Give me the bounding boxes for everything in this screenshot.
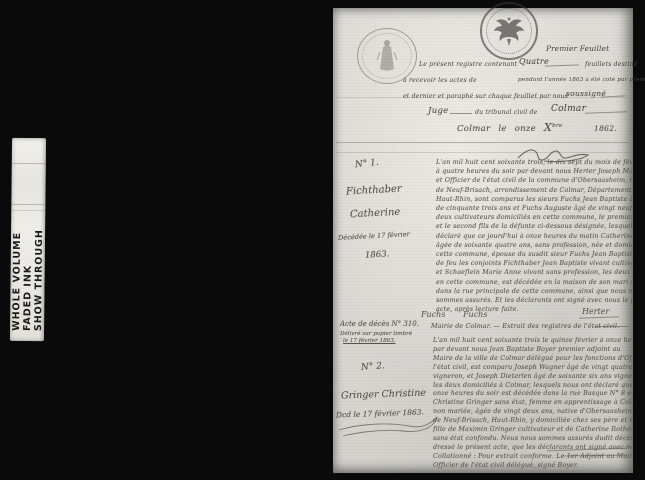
microfilm-scan: WHOLE VOLUME FADED INK SHOW THROUGH Prem… bbox=[0, 0, 645, 480]
act2-margin-note2: le 17 février 1863. bbox=[343, 338, 396, 344]
act1-margin-death-note: Décédée le 17 février bbox=[338, 230, 410, 242]
ink-flourish bbox=[585, 111, 627, 113]
printed-line: Le présent registre contenant bbox=[419, 61, 517, 68]
handwritten-line: onze heures du soir est décédée dans la … bbox=[433, 390, 632, 399]
date-place: Colmar bbox=[457, 124, 490, 134]
act1-margin-number: N° 1. bbox=[355, 158, 380, 170]
handwritten-year: 1862. bbox=[594, 124, 617, 133]
handwritten-line: sans état confondu. Nous nous sommes ass… bbox=[433, 435, 632, 444]
handwritten-line: deux cultivateurs domiciliés en cette co… bbox=[436, 213, 632, 222]
act2-margin-name: Gringer Christine bbox=[341, 388, 426, 402]
handwritten-line: par devant nous Jean Baptiste Boyer prem… bbox=[433, 346, 632, 355]
ledger-rule bbox=[336, 142, 629, 143]
handwritten-line: dans la rue principale de cette commune,… bbox=[436, 287, 632, 296]
republique-seal-icon bbox=[357, 28, 417, 84]
act2-margin-ref: Acte de décès N° 310. bbox=[340, 320, 419, 328]
act1-margin-given-name: Catherine bbox=[350, 207, 401, 221]
act1-body-text: L'an mil huit cent soixante trois, le di… bbox=[436, 158, 632, 316]
eagle-stamp-icon bbox=[480, 2, 538, 60]
extract-heading: Mairie de Colmar. — Extrait des registre… bbox=[431, 322, 619, 331]
act2-margin-note1: Délivré sur papier timbré bbox=[340, 331, 412, 337]
ledger-rule bbox=[336, 97, 629, 98]
tape-crease bbox=[11, 210, 45, 211]
handwritten-line: Maire de la ville de Colmar délégué pour… bbox=[433, 355, 632, 364]
handwritten-line: Haut-Rhin, sont comparus les sieurs Fuch… bbox=[436, 195, 632, 204]
handwritten-line: L'an mil huit cent soixante trois le qui… bbox=[433, 337, 632, 346]
ink-flourish bbox=[450, 113, 472, 114]
handwritten-line: à quatre heures du soir par devant nous … bbox=[436, 167, 632, 176]
tape-line: SHOW THROUGH bbox=[33, 225, 45, 331]
handwritten-line: l'état civil, est comparu Joseph Wagner … bbox=[433, 364, 632, 373]
printed-line: à recevoir les actes de bbox=[403, 77, 477, 84]
handwritten-line: et Schaeflein Marie Anne vivant sans pro… bbox=[436, 268, 632, 277]
date-month: X bbox=[544, 121, 552, 134]
handwritten-line: sommes assurés. Et les déclarants ont si… bbox=[436, 296, 632, 305]
date-words: le onze bbox=[498, 124, 536, 134]
handwritten-line: L'an mil huit cent soixante trois, le di… bbox=[436, 158, 632, 167]
handwritten-colmar: Colmar bbox=[551, 104, 586, 114]
handwritten-juge: Juge bbox=[428, 106, 449, 116]
tape-crease bbox=[12, 163, 46, 164]
ink-flourish bbox=[595, 326, 629, 327]
date-month-sup: bre bbox=[552, 123, 562, 129]
ink-flourish bbox=[579, 316, 619, 318]
act1-signature: Fuchs bbox=[463, 310, 487, 319]
handwritten-line: et le second fils de la défunte ci-desso… bbox=[436, 222, 632, 231]
handwritten-line: et Officier de l'état civil de la commun… bbox=[436, 176, 632, 185]
act2-margin-number: N° 2. bbox=[361, 361, 385, 373]
handwritten-line: déclaré que ce jourd'hui à onze heures d… bbox=[436, 232, 632, 241]
handwritten-line: âgée de soixante quatre ans, sans profes… bbox=[436, 241, 632, 250]
handwritten-line: de Neuf-Brisach, arrondissement de Colma… bbox=[436, 186, 632, 195]
printed-line: du tribunal civil de bbox=[475, 109, 537, 116]
handwritten-line: cette commune, épouse du susdit sieur Fu… bbox=[436, 250, 632, 259]
handwritten-line: vigneron, et Joseph Dieterlen âgé de soi… bbox=[433, 373, 632, 382]
margin-flourish bbox=[337, 414, 441, 436]
tape-crease bbox=[11, 204, 45, 205]
printed-line: feuillets destiné bbox=[585, 61, 638, 68]
printed-line: pendant l'année 1863 a été coté par prem… bbox=[518, 77, 645, 83]
act1-officer-signature: Herter bbox=[582, 307, 609, 316]
handwritten-line: Christine Gringer sans état, femme en ap… bbox=[433, 399, 632, 408]
handwritten-line: fille de Maximin Gringer cultivateur et … bbox=[433, 426, 632, 435]
act1-signature: Fuchs bbox=[421, 310, 445, 319]
archivist-tape-label: WHOLE VOLUME FADED INK SHOW THROUGH bbox=[10, 138, 46, 341]
handwritten-line: de Neuf-Brisach, Haut-Rhin, y domiciliée… bbox=[433, 417, 632, 426]
act2-body-text: L'an mil huit cent soixante trois le qui… bbox=[433, 337, 632, 473]
handwritten-line: de feu les conjoints Fichthaber Jean Bap… bbox=[436, 259, 632, 268]
act1-margin-surname: Fichthaber bbox=[346, 184, 402, 198]
register-page: Premier Feuillet Le présent registre con… bbox=[333, 8, 633, 473]
handwritten-line: Officier de l'état civil délégué, signé … bbox=[433, 462, 632, 471]
handwritten-line: non mariée, âgée de vingt deux ans, nati… bbox=[433, 408, 632, 417]
handwritten-line: en cette commune, est décédée en la mais… bbox=[436, 278, 632, 287]
premier-feuillet-heading: Premier Feuillet bbox=[546, 44, 609, 53]
act1-margin-year: 1863. bbox=[365, 249, 390, 260]
ink-flourish bbox=[545, 64, 579, 66]
tape-vertical-text: WHOLE VOLUME FADED INK SHOW THROUGH bbox=[10, 225, 45, 331]
handwritten-date: Colmar le onze Xbre bbox=[457, 121, 562, 134]
handwritten-line: de cinquante trois ans et Fuchs Auguste … bbox=[436, 204, 632, 213]
